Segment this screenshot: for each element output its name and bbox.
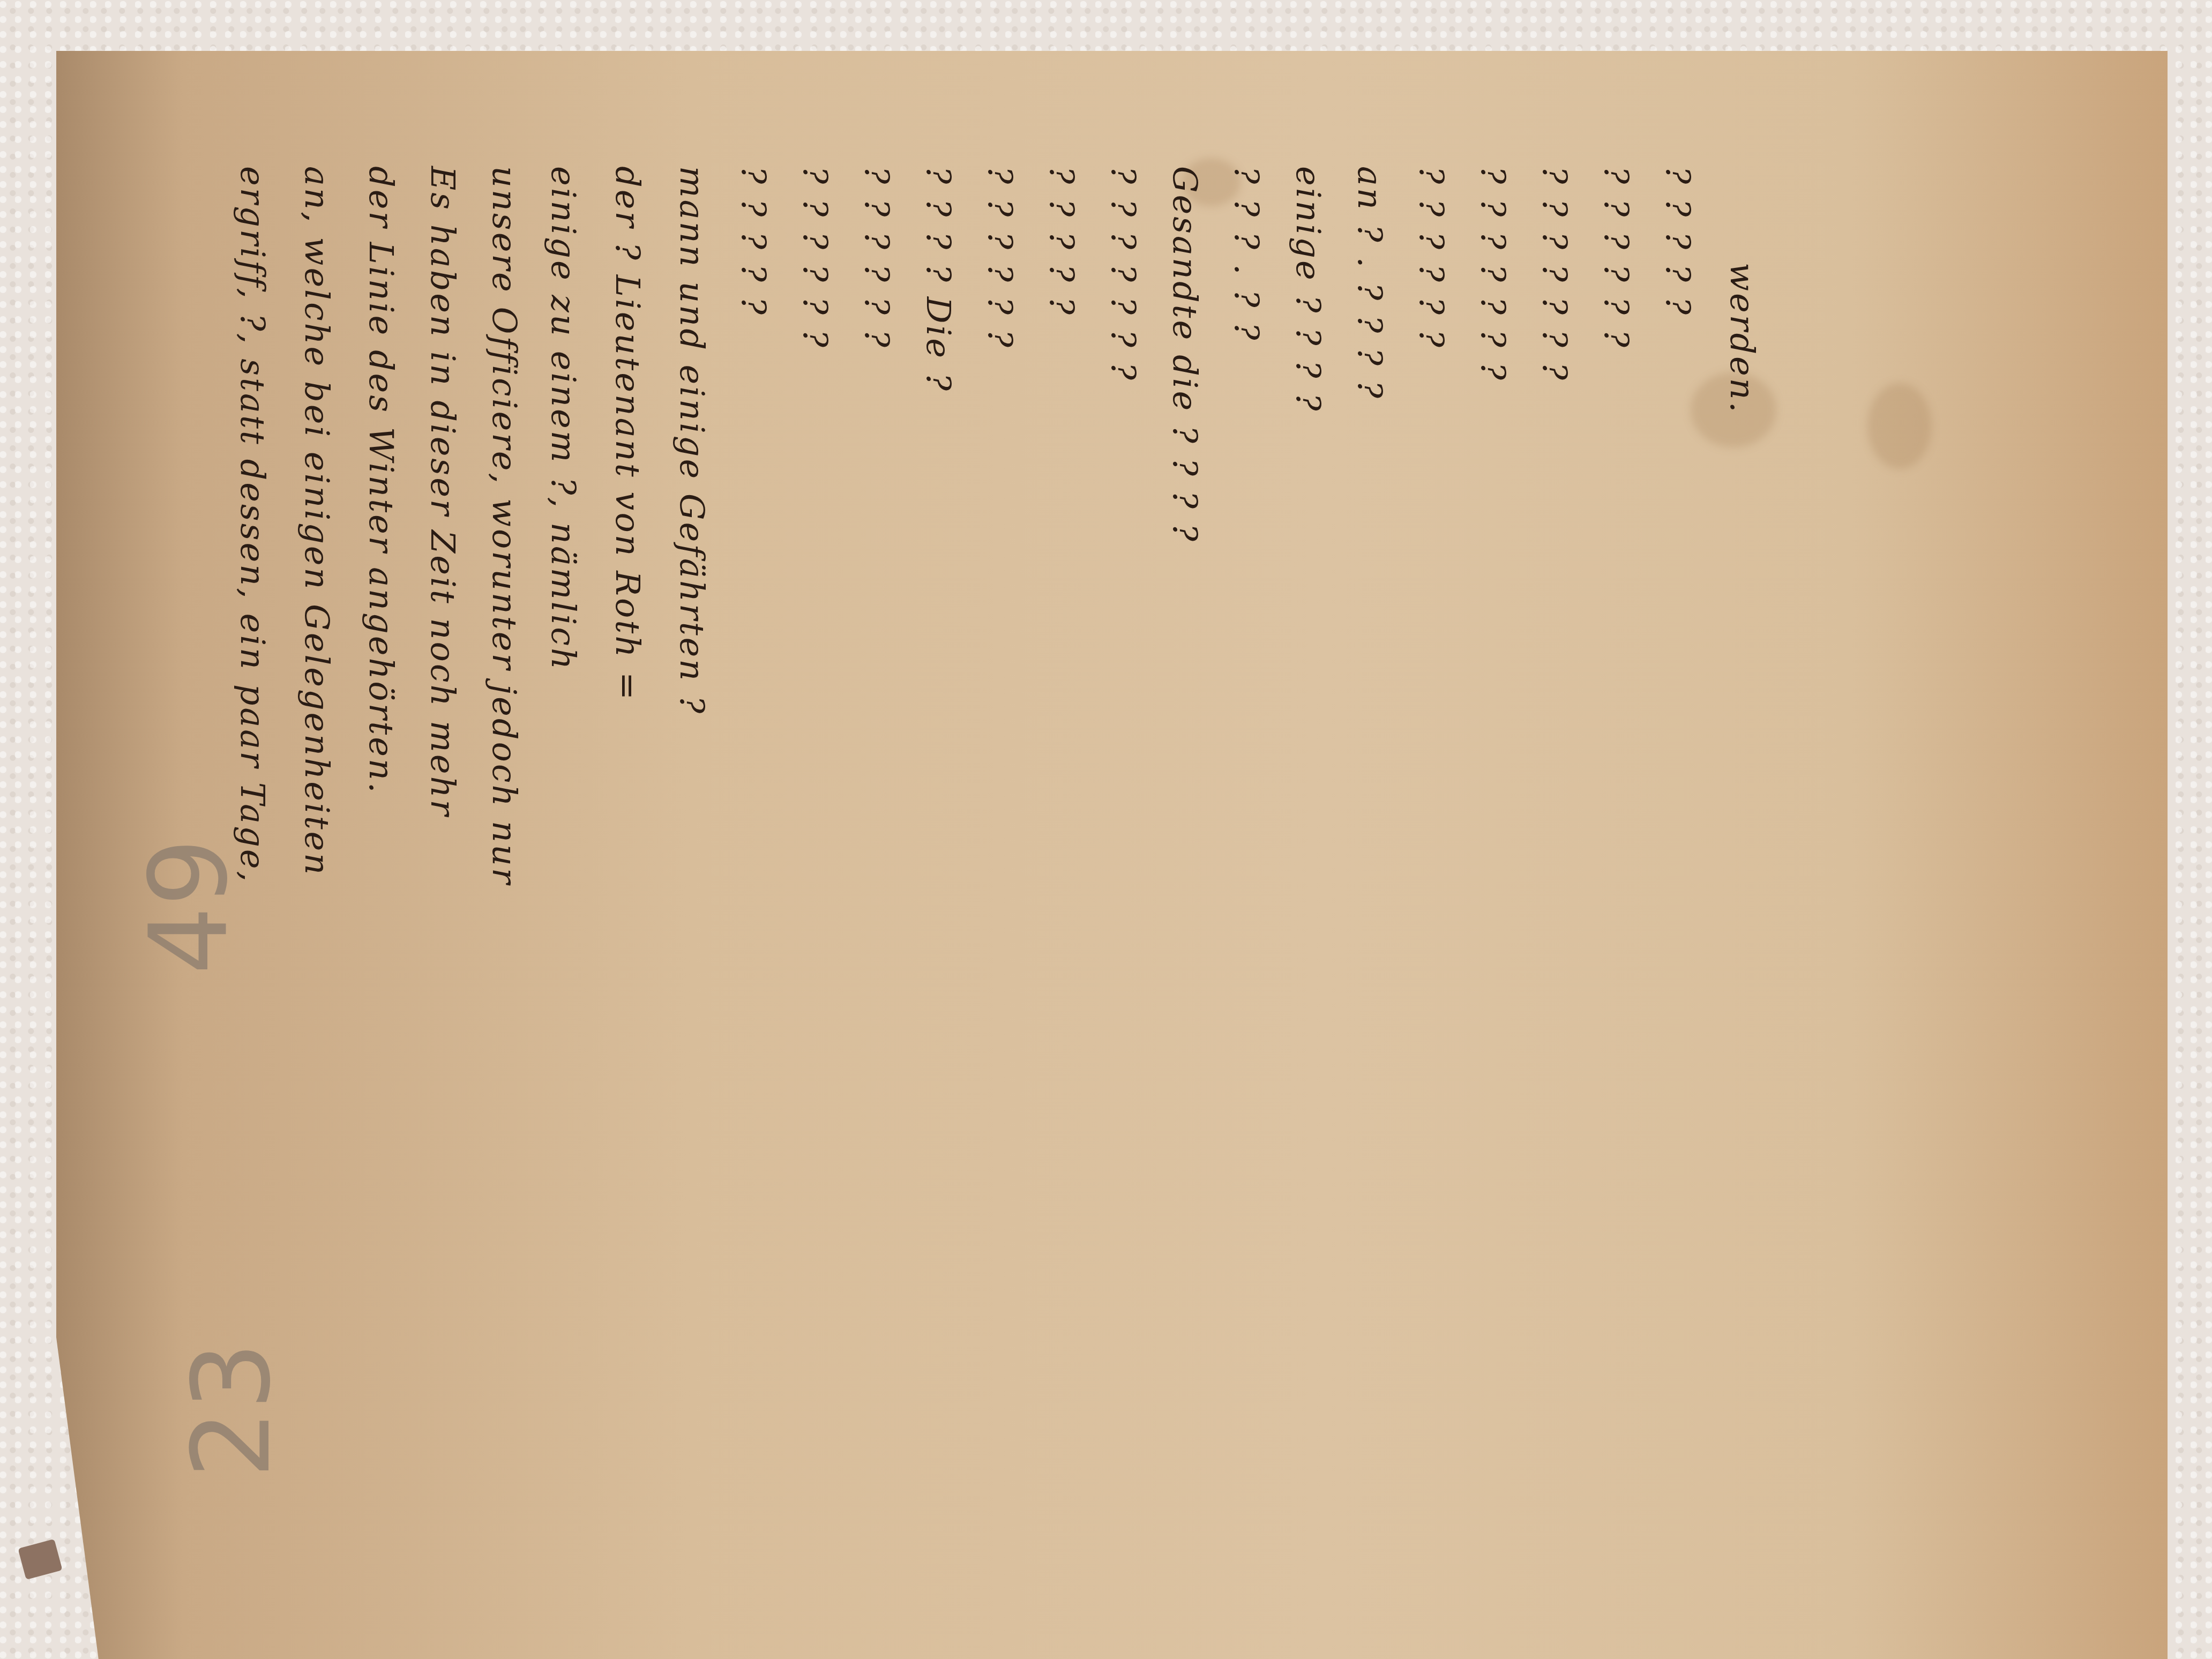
text-line: ? ? ? . ? ? <box>1227 166 1266 342</box>
binding-thread-fragment <box>18 1539 62 1580</box>
text-line: der ? Lieutenant von Roth = <box>608 166 647 702</box>
text-line: Gesandte die ? ? ? ? <box>1165 166 1205 543</box>
folio-number-23: 23 <box>169 1342 294 1478</box>
text-line: unsere Officiere, worunter jedoch nur <box>485 166 524 886</box>
text-line: ? ? ? ? Die ? <box>919 166 958 393</box>
text-line: ? ? ? ? ? ? <box>1597 166 1636 349</box>
text-line: ? ? ? ? ? <box>1042 166 1081 317</box>
text-line: ? ? ? ? ? <box>1658 166 1698 317</box>
text-line: ? ? ? ? ? ? <box>981 166 1020 349</box>
text-line: ? ? ? ? ? ? <box>1412 166 1451 349</box>
text-line: an ? . ? ? ? ? <box>1350 166 1389 400</box>
text-line: ? ? ? ? ? ? ? <box>1535 166 1574 382</box>
text-line: ? ? ? ? ? ? ? <box>1474 166 1513 382</box>
text-line: mann und einige Gefährten ? <box>672 166 712 715</box>
text-line: ? ? ? ? ? ? ? <box>1104 166 1143 382</box>
text-line: ? ? ? ? ? <box>734 166 773 317</box>
manuscript-page: 49 23 ergriff, ?, statt dessen, ein paar… <box>56 51 2168 1659</box>
folio-number-49: 49 <box>126 838 251 975</box>
text-line: an, welche bei einigen Gelegenheiten <box>297 166 337 877</box>
text-line: der Linie des Winter angehörten. <box>362 166 401 795</box>
text-line: ergriff, ?, statt dessen, ein paar Tage, <box>233 166 272 884</box>
text-line: ? ? ? ? ? ? <box>796 166 835 349</box>
text-line: Es haben in dieser Zeit noch mehr <box>423 166 462 818</box>
text-line: ? ? ? ? ? ? <box>857 166 896 349</box>
text-line: einige zu einem ?, nämlich <box>544 166 583 671</box>
handwritten-text-block: ergriff, ?, statt dessen, ein paar Tage,… <box>233 102 2162 959</box>
text-line: einige ? ? ? ? <box>1289 166 1328 413</box>
text-line: werden. <box>1723 263 1762 414</box>
